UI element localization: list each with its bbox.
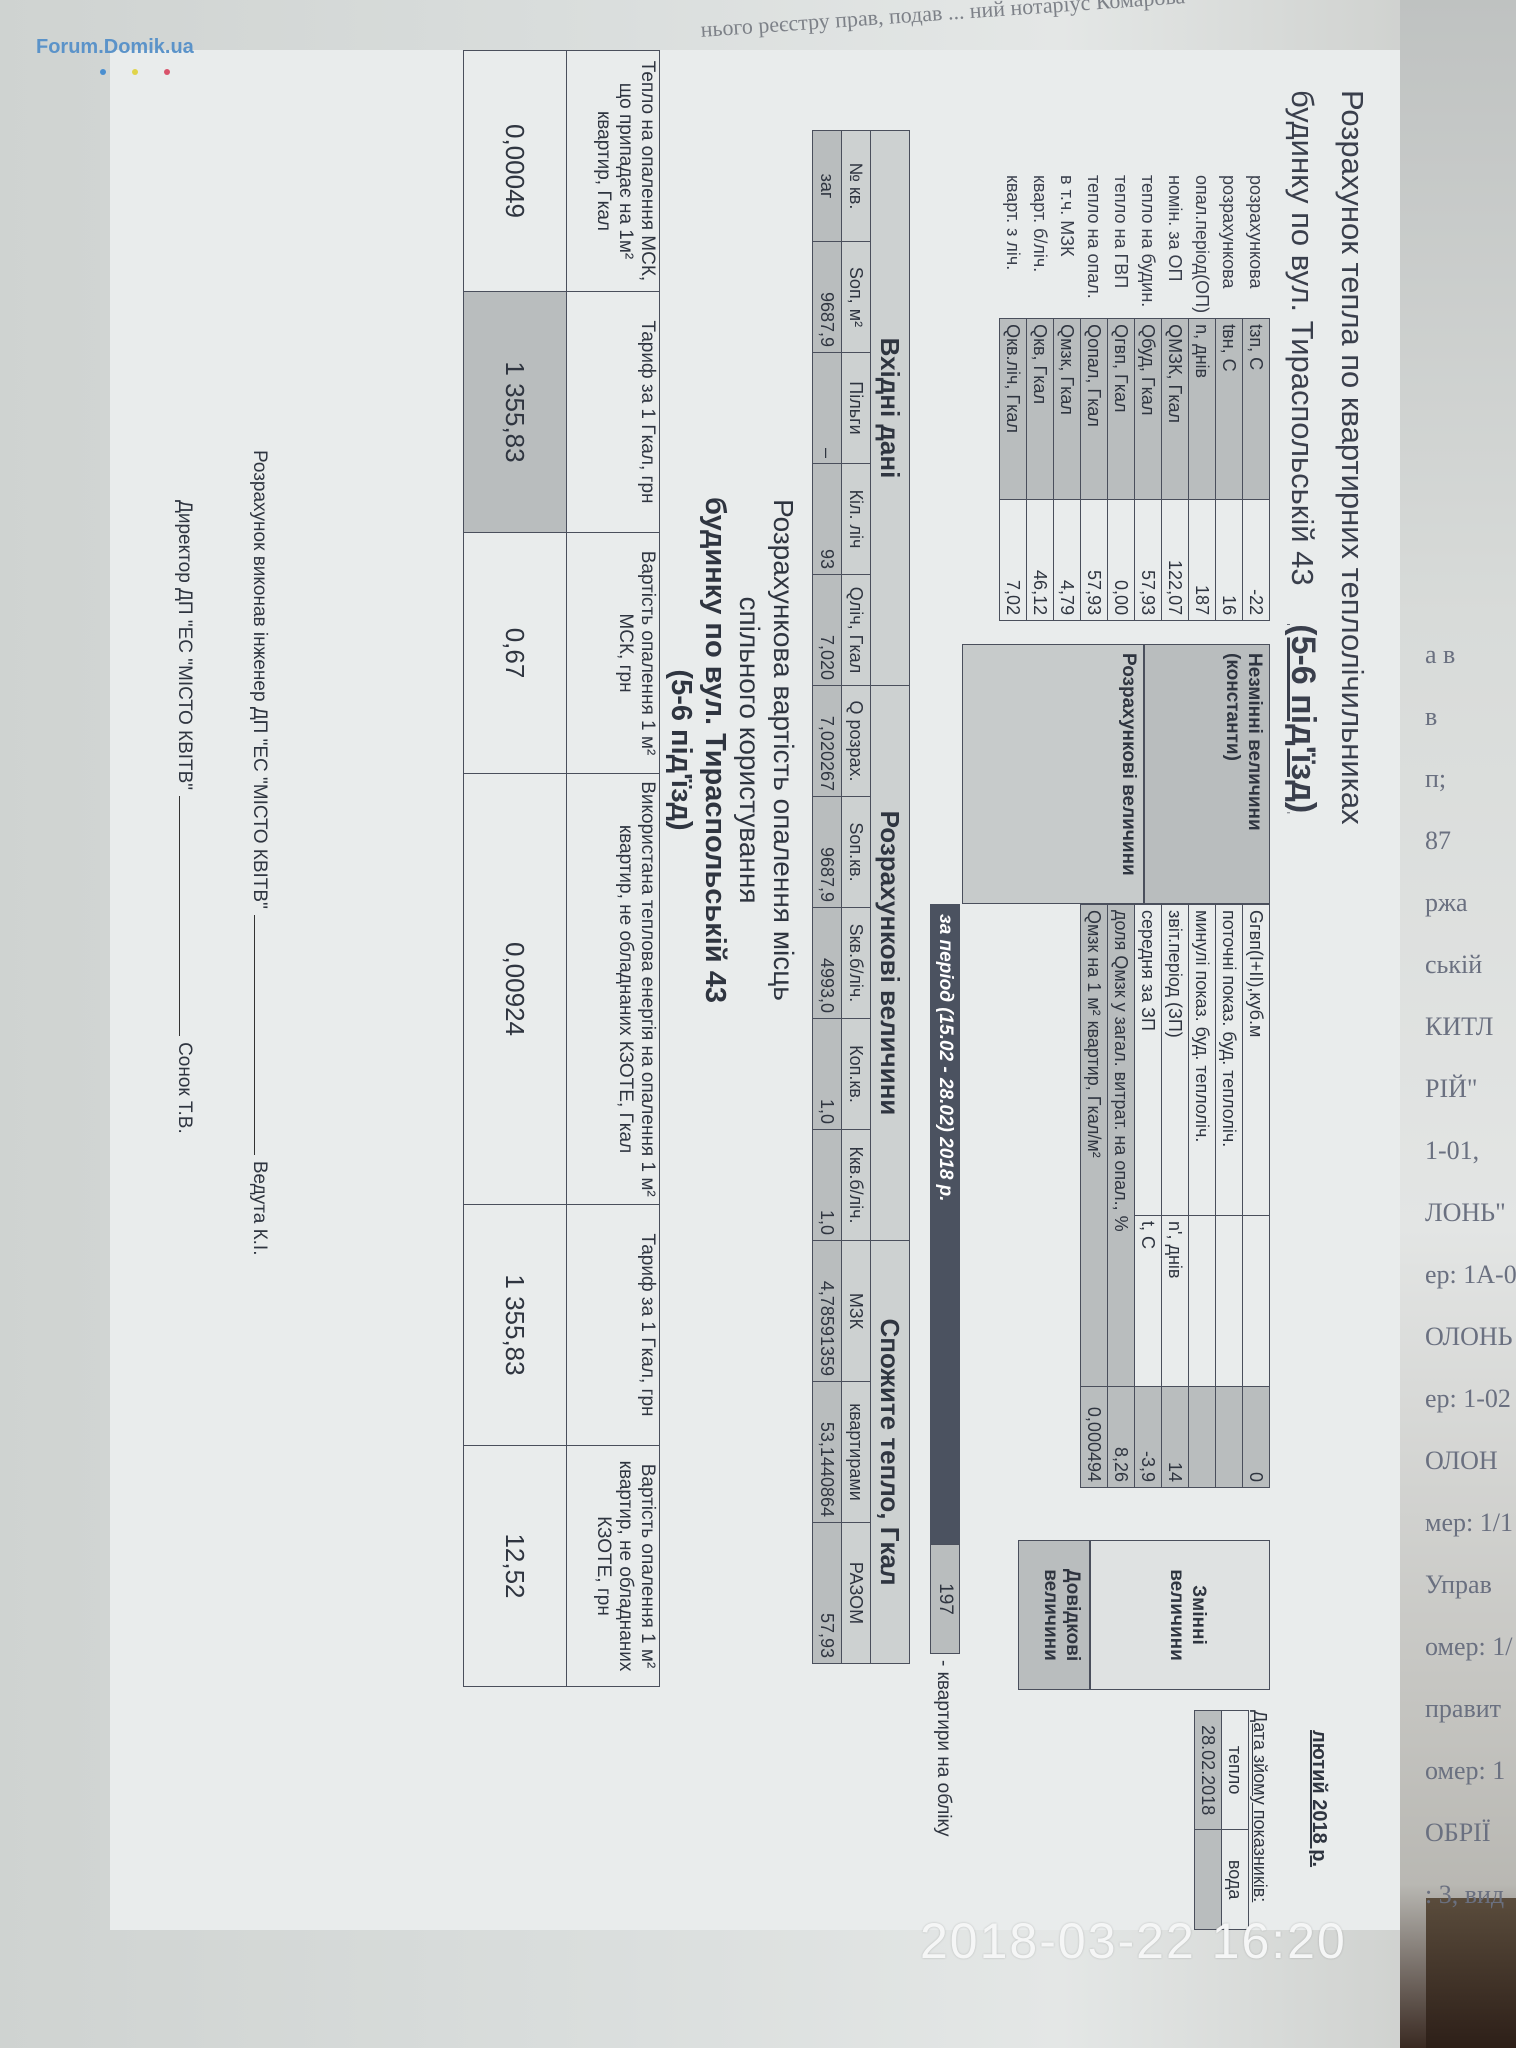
watermark-dots [100,62,196,80]
variable-value: 0 [1243,1387,1270,1488]
section-input-data: Вхідні дані [871,131,910,686]
heat-calculation-document: Розрахунок тепла по квартирних теплолічи… [110,50,1400,1930]
variable-value: 8,26 [1108,1387,1135,1488]
table-cell: 57,93 [813,1523,842,1664]
constant-symbol: n, днів [1189,319,1216,500]
cost-value: 0,00924 [464,774,567,1205]
constant-row: розрахунковаtзп, С-22 [1243,170,1270,621]
column-header: Ккв.б/ліч. [842,1130,871,1241]
table-cell: 7,020 [813,575,842,686]
column-header: РАЗОМ [842,1523,871,1664]
constant-symbol: tвн, С [1216,319,1243,500]
cost-value: 0,00049 [464,51,567,292]
constant-label: розрахункова [1243,170,1270,319]
table-cell: 1,0 [813,1130,842,1241]
variable-row: звіт.період (ЗП)n', днів14 [1162,905,1189,1488]
constant-symbol: Qкв.ліч, Гкал [1000,319,1027,500]
column-header: Q розрах. [842,686,871,797]
constant-row: тепло на ГВПQгвп, Гкал0,00 [1108,170,1135,621]
variable-unit: t, С [1135,1216,1162,1387]
document-subtitle: будинку по вул. Тираспольській 43 (5-6 п… [1283,90,1322,813]
variable-label: Gгвп(I+II),куб.м [1243,905,1270,1216]
variable-value: 14 [1162,1387,1189,1488]
constants-table: розрахунковаtзп, С-22розрахунковаtвн, С1… [999,170,1270,621]
apartments-count: 197 [930,1544,960,1654]
table-cell: 4993,0 [813,908,842,1019]
section-consumed-heat: Спожите тепло, Гкал [871,1241,910,1664]
column-header: Коп.кв. [842,1019,871,1130]
table-cell: 1,0 [813,1019,842,1130]
background-text-fragment: в [1425,702,1437,732]
background-text-fragment: омер: 1 [1425,1756,1505,1786]
reading-heat-date: 28.02.2018 [1195,1711,1222,1830]
document-title: Розрахунок тепла по квартирних теплолічи… [1334,90,1370,825]
variable-row: Qмзк на 1 м² квартир, Гкал/м²0,000494 [1081,905,1108,1488]
constant-label: кварт. б/ліч. [1027,170,1054,319]
constant-label: кварт. з ліч. [1000,170,1027,319]
column-header: Sоп, м² [842,242,871,353]
constant-row: тепло на опал.Qопал, Гкал57,93 [1081,170,1108,621]
cost-section-title: Розрахункова вартість опалення місць спі… [664,470,800,1030]
variable-value: 0,000494 [1081,1387,1108,1488]
watermark-dot [100,69,106,75]
cost-header: Використана теплова енергія на опалення … [567,774,660,1205]
table-cell: 4,78591359 [813,1241,842,1382]
cost-header: Тариф за 1 Гкал, грн [567,1205,660,1446]
variable-label: середня за ЗП [1135,905,1162,1216]
constant-value: 7,02 [1000,500,1027,621]
column-header: МЗК [842,1241,871,1382]
variable-row: середня за ЗПt, С-3,9 [1135,905,1162,1488]
constant-row: в т.ч. МЗКQмзк, Гкал4,79 [1054,170,1081,621]
constant-symbol: Qопал, Гкал [1081,319,1108,500]
constant-row: розрахунковаtвн, С16 [1216,170,1243,621]
variable-value [1189,1387,1216,1488]
constant-row: кварт. з ліч.Qкв.ліч, Гкал7,02 [1000,170,1027,621]
signature-line [254,915,255,1155]
signature-line [179,796,180,1036]
constant-symbol: QМЗК, Гкал [1162,319,1189,500]
variable-row: поточні показ. буд. теплоліч. [1216,905,1243,1488]
engineer-title: Розрахунок виконав інженер ДП "ЕС "МІСТО… [249,450,270,909]
cost-value: 1 355,83 [464,292,567,533]
variable-value [1216,1387,1243,1488]
background-text-fragment: омер: 1/ [1425,1632,1512,1662]
reading-date-table: тепло вода 28.02.2018 [1194,1710,1249,1930]
table-cell: 93 [813,464,842,575]
constant-value: -22 [1243,500,1270,621]
group-label-calculated: Розрахункові величини [962,644,1144,904]
variable-row: доля Qмзк у загал. витрат. на опал., %8,… [1108,905,1135,1488]
table-cell: 53,1440864 [813,1382,842,1523]
table-cell: 7,020267 [813,686,842,797]
constant-symbol: Qбуд, Гкал [1135,319,1162,500]
cost-title-line2: спільного користування [732,470,766,1030]
constant-value: 16 [1216,500,1243,621]
cost-value: 1 355,83 [464,1205,567,1446]
background-text-fragment: 87 [1425,826,1451,856]
apartments-count-note: - квартири на обліку [932,1660,954,1837]
background-text-fragment: : 3, вид [1425,1880,1504,1910]
engineer-name: Ведута К.І. [249,1161,270,1256]
constant-value: 46,12 [1027,500,1054,621]
cost-header: Вартість опалення 1 м² квартир, не облад… [567,1446,660,1687]
table-cell: 9687,9 [813,242,842,353]
background-text-fragment: ер: 1А-0 [1425,1260,1516,1290]
constant-value: 4,79 [1054,500,1081,621]
constant-label: тепло на ГВП [1108,170,1135,319]
background-text-fragment: ЛОНЬ" [1425,1198,1506,1228]
cost-title-line1: Розрахункова вартість опалення місць [766,470,800,1030]
background-text-fragment: ОЛОН [1425,1446,1498,1476]
column-header: Кіл. ліч [842,464,871,575]
forum-watermark: Forum.Domik.ua [36,36,194,59]
variable-label: минулі показ. буд. теплоліч. [1189,905,1216,1216]
cost-table: Тепло на опалення МСК, що припадає на 1м… [463,50,660,1687]
background-text-fragment: РІЙ" [1425,1074,1478,1104]
column-header: Sкв.б/ліч. [842,908,871,1019]
column-header: квартирами [842,1382,871,1523]
constant-label: номін. за ОП [1162,170,1189,319]
constant-value: 0,00 [1108,500,1135,621]
period-banner: за період (15.02 - 28.02) 2018 р. [930,904,960,1544]
variable-label: поточні показ. буд. теплоліч. [1216,905,1243,1216]
variable-unit [1243,1216,1270,1387]
table-cell: 9687,9 [813,797,842,908]
reading-date-box: Дата зйому показників: тепло вода 28.02.… [1194,1710,1270,1930]
background-text-fragment: а в [1425,640,1455,670]
constant-label: в т.ч. МЗК [1054,170,1081,319]
cost-title-line3: будинку по вул. Тираспольській 43 [698,470,732,1030]
background-text-fragment: ській [1425,950,1482,980]
watermark-dot [132,69,138,75]
entrance-label: (5-6 під'їзд) [1284,624,1322,813]
variable-label: Qмзк на 1 м² квартир, Гкал/м² [1081,905,1108,1387]
photo-timestamp: 2018-03-22 16:20 [920,1912,1347,1970]
cost-header: Тепло на опалення МСК, що припадає на 1м… [567,51,660,292]
constant-symbol: tзп, С [1243,319,1270,500]
group-label-constants: Незмінні величини (константи) [1144,644,1270,904]
constant-symbol: Qгвп, Гкал [1108,319,1135,500]
background-text-fragment: ржа [1425,888,1468,918]
constant-row: тепло на будин.Qбуд, Гкал57,93 [1135,170,1162,621]
reading-col-heat: тепло [1222,1711,1249,1830]
variable-value: -3,9 [1135,1387,1162,1488]
variable-label: доля Qмзк у загал. витрат. на опал., % [1108,905,1135,1387]
cost-header: Вартість опалення 1 м² МСК, грн [567,533,660,774]
constant-value: 57,93 [1081,500,1108,621]
background-text-fragment: Управ [1425,1570,1492,1600]
constant-label: тепло на будин. [1135,170,1162,319]
section-calculated: Розрахункові величини [871,686,910,1241]
constant-value: 57,93 [1135,500,1162,621]
background-text-top: нього реєстру прав, подав ... ний нотарі… [700,0,1186,43]
cost-value: 12,52 [464,1446,567,1687]
group-label-reference: Довідкові величини [1018,1540,1090,1690]
cost-value: 0,67 [464,533,567,774]
constant-symbol: Qмзк, Гкал [1054,319,1081,500]
constant-symbol: Qкв, Гкал [1027,319,1054,500]
variable-row: Gгвп(I+II),куб.м0 [1243,905,1270,1488]
reading-date-header: Дата зйому показників: [1249,1710,1270,1930]
variables-table: Gгвп(I+II),куб.м0поточні показ. буд. теп… [1080,904,1270,1488]
watermark-dot [164,69,170,75]
background-text-fragment: п; [1425,764,1446,794]
cost-title-line4: (5-6 під'їзд) [664,470,698,1030]
constant-label: тепло на опал. [1081,170,1108,319]
cost-header: Тариф за 1 Гкал, грн [567,292,660,533]
engineer-signature: Розрахунок виконав інженер ДП "ЕС "МІСТО… [248,450,270,1256]
constant-value: 187 [1189,500,1216,621]
column-header: Sоп.кв. [842,797,871,908]
variable-row: минулі показ. буд. теплоліч. [1189,905,1216,1488]
constant-row: опал.період(ОП)n, днів187 [1189,170,1216,621]
table-surface [1426,1898,1516,2048]
column-header: № кв. [842,131,871,242]
background-text-fragment: ер: 1-02 [1425,1384,1511,1414]
table-cell: заг [813,131,842,242]
background-text-fragment: правит [1425,1694,1501,1724]
constant-label: опал.період(ОП) [1189,170,1216,319]
variable-label: звіт.період (ЗП) [1162,905,1189,1216]
table-cell: – [813,353,842,464]
consumption-table: Вхідні дані Розрахункові величини Спожит… [812,130,910,1664]
column-header: Пільги [842,353,871,464]
background-text-fragment: ОЛОНЬ [1425,1322,1513,1352]
report-month: лютий 2018 р. [1307,1730,1330,1867]
background-text-fragment: 1-01, [1425,1136,1479,1166]
column-header: Qліч, Гкал [842,575,871,686]
variable-unit: n', днів [1162,1216,1189,1387]
constant-label: розрахункова [1216,170,1243,319]
director-name: Сонок Т.В. [174,1042,195,1134]
constant-value: 122,07 [1162,500,1189,621]
group-label-variables: Змінні величини [1090,1540,1270,1690]
building-address: будинку по вул. Тираспольській 43 [1285,90,1320,586]
constant-row: номін. за ОПQМЗК, Гкал122,07 [1162,170,1189,621]
director-title: Директор ДП "ЕС "МІСТО КВІТВ" [174,500,195,790]
variable-unit [1216,1216,1243,1387]
variable-unit [1189,1216,1216,1387]
background-text-fragment: КИТЛ [1425,1012,1493,1042]
background-text-fragment: мер: 1/1 [1425,1508,1513,1538]
director-signature: Директор ДП "ЕС "МІСТО КВІТВ"Сонок Т.В. [173,500,195,1134]
background-text-fragment: ОБРІЇ [1425,1818,1490,1848]
constant-row: кварт. б/ліч.Qкв, Гкал46,12 [1027,170,1054,621]
